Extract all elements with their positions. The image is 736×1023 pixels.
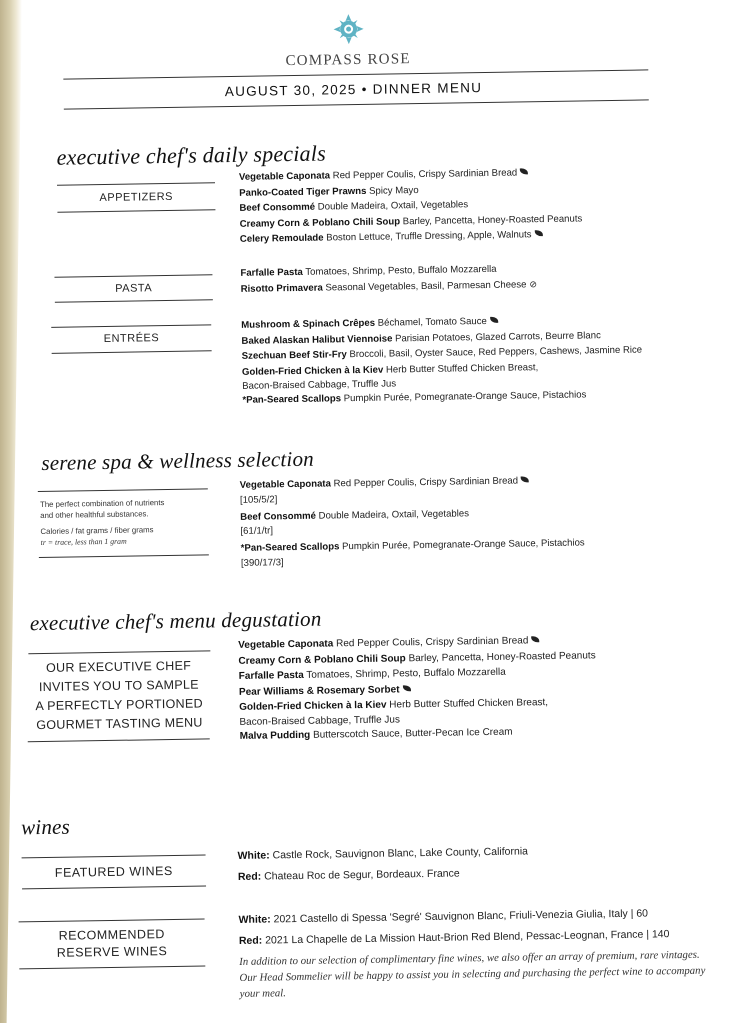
item-description: Red Pepper Coulis, Crispy Sardinian Brea… bbox=[331, 476, 518, 490]
item-description: Pumpkin Purée, Pomegranate-Orange Sauce,… bbox=[341, 389, 586, 404]
category-featured-wines: FEATURED WINES bbox=[22, 854, 206, 889]
item-description: Pumpkin Purée, Pomegranate-Orange Sauce,… bbox=[339, 537, 584, 552]
pasta-list: Farfalle Pasta Tomatoes, Shrimp, Pesto, … bbox=[240, 261, 537, 297]
item-name: Red: bbox=[238, 871, 262, 883]
item-name: Creamy Corn & Poblano Chili Soup bbox=[238, 653, 405, 667]
item-description: 2021 La Chapelle de La Mission Haut-Brio… bbox=[262, 928, 669, 946]
daily-specials-heading: executive chef's daily specials bbox=[56, 140, 326, 170]
restaurant-name: COMPASS ROSE bbox=[223, 50, 473, 71]
spa-heading: serene spa & wellness selection bbox=[41, 447, 314, 476]
degustation-divider-bottom bbox=[28, 738, 210, 742]
item-description: Double Madeira, Oxtail, Vegetables bbox=[315, 199, 468, 212]
item-description: Spicy Mayo bbox=[366, 185, 418, 197]
crossed-wheat-icon: ⊘ bbox=[529, 277, 537, 293]
item-name: Malva Pudding bbox=[240, 729, 311, 741]
item-name: Farfalle Pasta bbox=[239, 670, 304, 682]
item-description: Boston Lettuce, Truffle Dressing, Apple,… bbox=[324, 229, 532, 243]
sommelier-note: In addition to our selection of complime… bbox=[239, 947, 710, 1002]
item-name: Golden-Fried Chicken à la Kiev bbox=[242, 364, 383, 377]
category-label: APPETIZERS bbox=[57, 182, 215, 204]
item-name: Golden-Fried Chicken à la Kiev bbox=[239, 700, 386, 713]
nutrition-info: [105/5/2] bbox=[240, 488, 584, 506]
item-name: *Pan-Seared Scallops bbox=[241, 541, 340, 554]
item-name: Creamy Corn & Poblano Chili Soup bbox=[240, 216, 401, 230]
item-description: Chateau Roc de Segur, Bordeaux. France bbox=[261, 867, 460, 882]
item-description: Tomatoes, Shrimp, Pesto, Buffalo Mozzare… bbox=[304, 667, 506, 681]
reserve-wines-list: White: 2021 Castello di Spessa 'Segré' S… bbox=[238, 903, 709, 1002]
degustation-blurb: OUR EXECUTIVE CHEF INVITES YOU TO SAMPLE… bbox=[28, 656, 209, 735]
trace-legend: tr = trace, less than 1 gram bbox=[41, 537, 127, 547]
featured-wines-list: White: Castle Rock, Sauvignon Blanc, Lak… bbox=[237, 841, 528, 888]
category-label: FEATURED WINES bbox=[22, 854, 206, 880]
leaf-icon bbox=[402, 685, 410, 691]
item-description: 2021 Castello di Spessa 'Segré' Sauvigno… bbox=[271, 908, 649, 926]
item-description: Broccoli, Basil, Oyster Sauce, Red Peppe… bbox=[347, 345, 643, 361]
item-description: Red Pepper Coulis, Crispy Sardinian Brea… bbox=[330, 167, 517, 181]
category-entrees: ENTRÉES bbox=[51, 324, 211, 354]
item-name: Risotto Primavera bbox=[241, 282, 323, 294]
category-pasta: PASTA bbox=[54, 274, 212, 302]
spa-divider-top bbox=[38, 488, 208, 492]
item-description: Barley, Pancetta, Honey-Roasted Peanuts bbox=[400, 213, 582, 227]
dinner-menu-page: COMPASS ROSE AUGUST 30, 2025 • DINNER ME… bbox=[0, 0, 736, 1023]
item-name: Vegetable Caponata bbox=[240, 478, 331, 490]
degustation-divider-top bbox=[28, 650, 210, 654]
category-label: RECOMMENDED bbox=[19, 918, 205, 945]
category-label: ENTRÉES bbox=[51, 324, 211, 346]
item-description: Béchamel, Tomato Sauce bbox=[375, 316, 487, 329]
item-name: Beef Consommé bbox=[239, 202, 315, 214]
menu-item: Red: Chateau Roc de Segur, Bordeaux. Fra… bbox=[238, 862, 529, 888]
spa-note: The perfect combination of nutrients and… bbox=[40, 497, 165, 548]
item-description: Butterscotch Sauce, Butter-Pecan Ice Cre… bbox=[310, 726, 512, 740]
item-description: Red Pepper Coulis, Crispy Sardinian Brea… bbox=[333, 635, 528, 649]
menu-item: *Pan-Seared Scallops Pumpkin Purée, Pome… bbox=[241, 535, 585, 569]
item-name: Szechuan Beef Stir-Fry bbox=[242, 349, 347, 362]
item-name: White: bbox=[237, 849, 269, 862]
entrees-list: Mushroom & Spinach Crêpes Béchamel, Toma… bbox=[241, 312, 643, 409]
item-name: Celery Remoulade bbox=[240, 233, 324, 245]
blurb-line: GOURMET TASTING MENU bbox=[29, 713, 209, 735]
item-description: Barley, Pancetta, Honey-Roasted Peanuts bbox=[406, 650, 596, 664]
item-description: Parisian Potatoes, Glazed Carrots, Beurr… bbox=[392, 330, 601, 344]
item-name: Vegetable Caponata bbox=[238, 638, 333, 650]
nutrition-info: [390/17/3] bbox=[241, 551, 585, 569]
item-name: Pear Williams & Rosemary Sorbet bbox=[239, 684, 400, 698]
item-name: Baked Alaskan Halibut Viennoise bbox=[241, 333, 392, 346]
category-reserve-wines: RECOMMENDED RESERVE WINES bbox=[19, 918, 206, 969]
item-name: Mushroom & Spinach Crêpes bbox=[241, 318, 375, 331]
spa-list: Vegetable Caponata Red Pepper Coulis, Cr… bbox=[240, 472, 585, 572]
degustation-list: Vegetable Caponata Red Pepper Coulis, Cr… bbox=[238, 632, 597, 744]
wines-heading: wines bbox=[21, 815, 70, 841]
item-description: Castle Rock, Sauvignon Blanc, Lake Count… bbox=[270, 845, 529, 861]
item-description: Tomatoes, Shrimp, Pesto, Buffalo Mozzare… bbox=[303, 264, 497, 278]
leaf-icon bbox=[531, 636, 539, 642]
item-name: White: bbox=[238, 913, 270, 926]
appetizers-list: Vegetable Caponata Red Pepper Coulis, Cr… bbox=[239, 164, 583, 247]
menu-date-title: AUGUST 30, 2025 • DINNER MENU bbox=[73, 78, 633, 102]
header-divider-bottom bbox=[64, 99, 649, 109]
menu-item: Beef Consommé Double Madeira, Oxtail, Ve… bbox=[240, 504, 584, 538]
item-name: Panko-Coated Tiger Prawns bbox=[239, 185, 366, 198]
item-description: Seasonal Vegetables, Basil, Parmesan Che… bbox=[323, 279, 527, 293]
leaf-icon bbox=[534, 230, 542, 236]
category-label: RESERVE WINES bbox=[19, 942, 205, 962]
category-appetizers: APPETIZERS bbox=[57, 182, 215, 212]
leaf-icon bbox=[490, 317, 498, 323]
spa-divider-bottom bbox=[39, 554, 209, 558]
item-description: Herb Butter Stuffed Chicken Breast, bbox=[386, 697, 548, 711]
nutrition-info: [61/1/tr] bbox=[240, 519, 584, 537]
item-name: Red: bbox=[239, 935, 263, 947]
menu-item: Vegetable Caponata Red Pepper Coulis, Cr… bbox=[240, 472, 584, 506]
item-description: Double Madeira, Oxtail, Vegetables bbox=[316, 508, 469, 521]
item-description: Herb Butter Stuffed Chicken Breast, bbox=[383, 362, 538, 375]
reserve-wines-items: White: 2021 Castello di Spessa 'Segré' S… bbox=[238, 903, 709, 952]
compass-rose-icon bbox=[331, 12, 366, 47]
degustation-heading: executive chef's menu degustation bbox=[30, 607, 322, 637]
item-name: Farfalle Pasta bbox=[240, 267, 303, 279]
leaf-icon bbox=[521, 476, 529, 482]
item-name: *Pan-Seared Scallops bbox=[242, 393, 341, 406]
category-label: PASTA bbox=[54, 274, 212, 295]
item-name: Vegetable Caponata bbox=[239, 170, 330, 182]
leaf-icon bbox=[520, 168, 528, 174]
spa-note-line: and other healthful substances. bbox=[40, 508, 165, 521]
item-name: Beef Consommé bbox=[240, 510, 316, 522]
